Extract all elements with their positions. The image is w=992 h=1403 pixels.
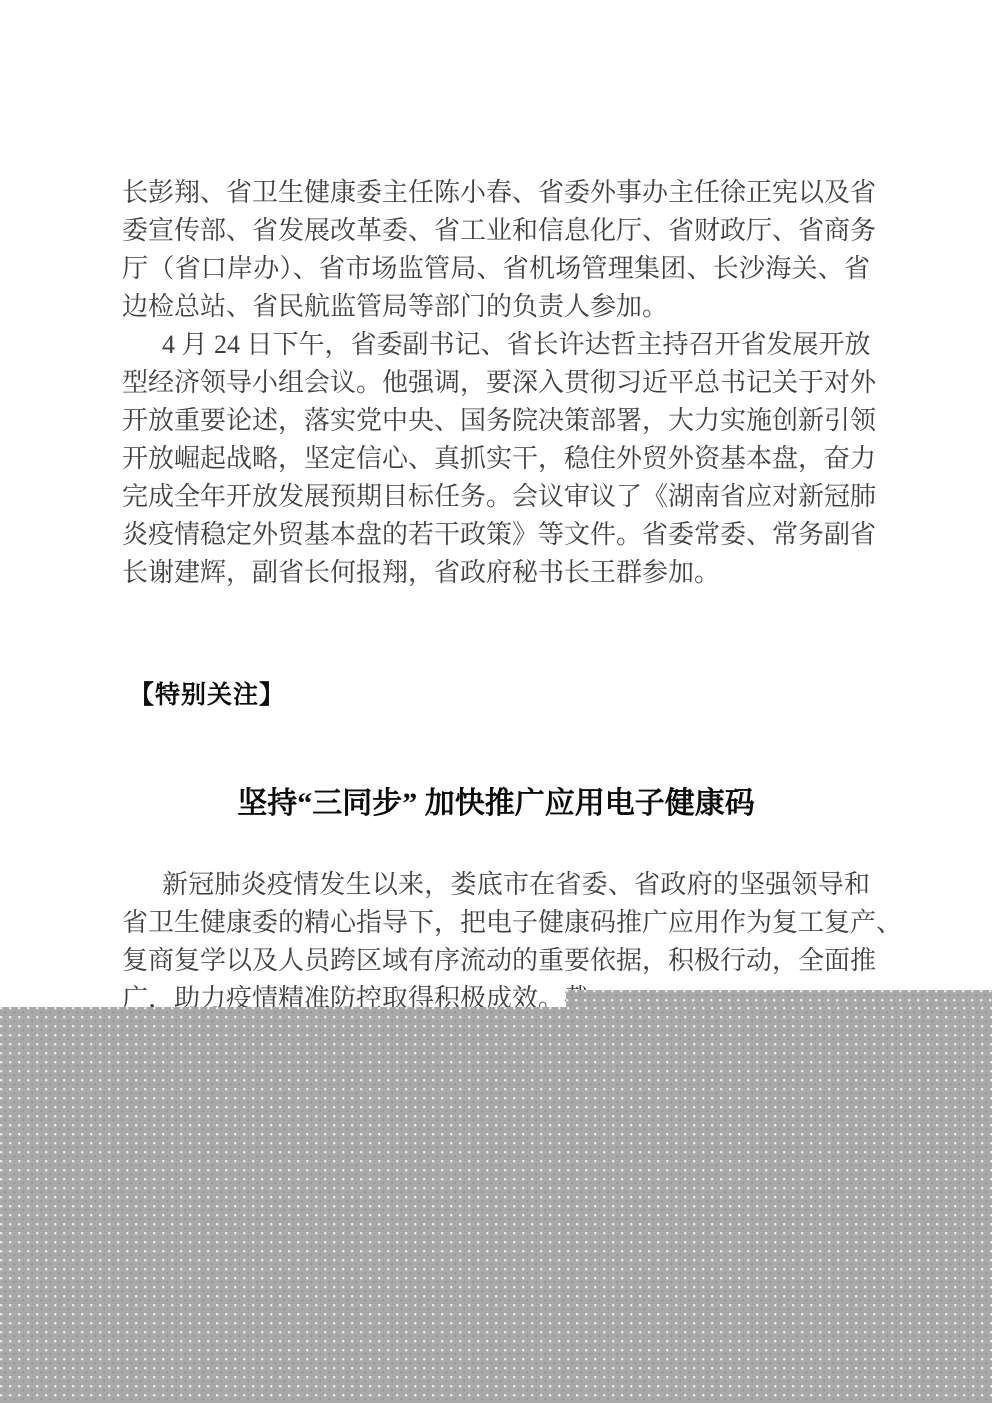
document-page: 长彭翔、省卫生健康委主任陈小春、省委外事办主任徐正宪以及省 委宣传部、省发展改革…: [0, 0, 992, 1403]
paragraph-line: 型经济领导小组会议。他强调，要深入贯彻习近平总书记关于对外: [122, 364, 870, 402]
paragraph-line: 委宣传部、省发展改革委、省工业和信息化厅、省财政厅、省商务: [122, 212, 870, 250]
paragraph-line: 复商复学以及人员跨区域有序流动的重要依据，积极行动，全面推: [122, 942, 870, 980]
article-title: 坚持“三同步” 加快推广应用电子健康码: [0, 784, 992, 824]
paragraph-line: 长彭翔、省卫生健康委主任陈小春、省委外事办主任徐正宪以及省: [122, 174, 870, 212]
paragraph-line: 厅（省口岸办）、省市场监管局、省机场管理集团、长沙海关、省: [122, 250, 870, 288]
gray-halftone-overlay: [0, 1007, 992, 1403]
paragraph-line: 开放崛起战略，坚定信心、真抓实干，稳住外贸外资基本盘，奋力: [122, 440, 870, 478]
paragraph-line: 新冠肺炎疫情发生以来，娄底市在省委、省政府的坚强领导和: [122, 866, 870, 904]
paragraph-line: 完成全年开放发展预期目标任务。会议审议了《湖南省应对新冠肺: [122, 478, 870, 516]
paragraph-line: 4 月 24 日下午，省委副书记、省长许达哲主持召开省发展开放: [122, 326, 870, 364]
body-text-block: 长彭翔、省卫生健康委主任陈小春、省委外事办主任徐正宪以及省 委宣传部、省发展改革…: [122, 174, 870, 592]
paragraph-line: 长谢建辉，副省长何报翔，省政府秘书长王群参加。: [122, 554, 870, 592]
section-marker: 【特别关注】: [129, 680, 285, 710]
paragraph-line: 开放重要论述，落实党中央、国务院决策部署，大力实施创新引领: [122, 402, 870, 440]
gray-halftone-overlay-step: [566, 990, 992, 1007]
paragraph-line: 边检总站、省民航监管局等部门的负责人参加。: [122, 288, 870, 326]
paragraph-line: 炎疫情稳定外贸基本盘的若干政策》等文件。省委常委、常务副省: [122, 516, 870, 554]
paragraph-line: 省卫生健康委的精心指导下，把电子健康码推广应用作为复工复产、: [122, 904, 870, 942]
